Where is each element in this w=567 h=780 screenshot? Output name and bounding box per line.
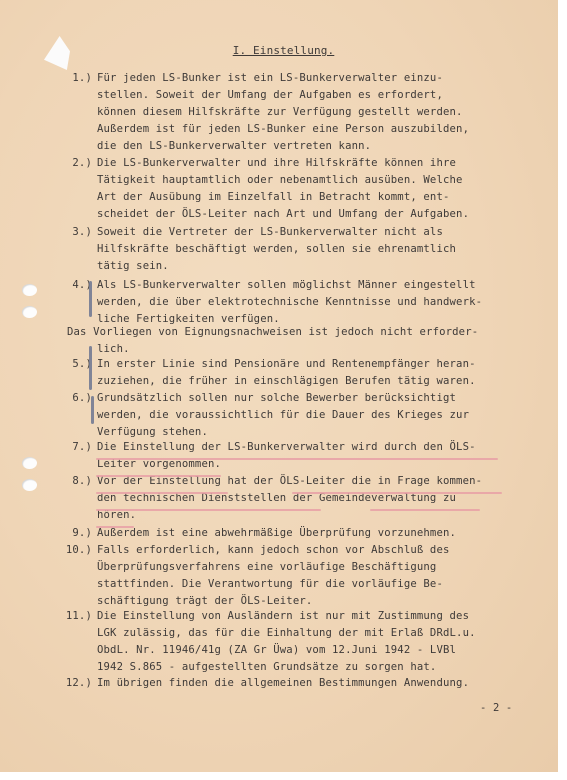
text-line: Im übrigen finden die allgemeinen Bestim… [97,677,469,689]
item-number: 6.) [52,392,92,404]
item-number: 11.) [52,610,92,622]
highlight-underline [96,492,228,494]
punch-hole [22,457,37,469]
punch-hole [22,306,37,318]
item-number: 3.) [52,226,92,238]
text-line: werden, die voraussichtlich für die Daue… [97,409,469,421]
text-line: die den LS-Bunkerverwalter vertreten kan… [97,140,371,152]
text-line: In erster Linie sind Pensionäre und Rent… [97,358,476,370]
text-line: Art der Ausübung im Einzelfall in Betrac… [97,191,450,203]
text-line: scheidet der ÖLS-Leiter nach Art und Umf… [97,208,469,220]
punch-hole [22,284,37,296]
item-number: 10.) [52,544,92,556]
text-line: werden, die über elektrotechnische Kennt… [97,296,482,308]
highlight-underline [96,458,498,460]
text-line: Überprüfungsverfahrens eine vorläufige B… [97,561,436,573]
text-line: schäftigung trägt der ÖLS-Leiter. [97,595,312,607]
text-line: können diesem Hilfskräfte zur Verfügung … [97,106,463,118]
text-line: ObdL. Nr. 11946/41g (ZA Gr Üwa) vom 12.J… [97,644,456,656]
section-title: I. Einstellung. [0,44,567,57]
highlight-underline [370,509,480,511]
item-number: 5.) [52,358,92,370]
item-number: 4.) [52,279,92,291]
text-line: stellen. Soweit der Umfang der Aufgaben … [97,89,443,101]
text-line: Die LS-Bunkerverwalter und ihre Hilfskrä… [97,157,456,169]
text-line: Falls erforderlich, kann jedoch schon vo… [97,544,450,556]
document-page: I. Einstellung. 1.)Für jeden LS-Bunker i… [0,0,558,772]
highlight-underline [96,526,134,528]
pencil-margin-mark [89,346,92,390]
highlight-underline [96,509,321,511]
text-line: Die Einstellung von Ausländern ist nur m… [97,610,469,622]
text-line: Außerdem ist eine abwehrmäßige Überprüfu… [97,527,456,539]
text-line: stattfinden. Die Verantwortung für die v… [97,578,443,590]
item-number: 9.) [52,527,92,539]
item-number: 1.) [52,72,92,84]
highlight-underline [96,475,221,477]
item-number: 8.) [52,475,92,487]
text-line: lich. [97,343,130,355]
text-line: LGK zulässig, das für die Einhaltung der… [97,627,476,639]
item-number: 7.) [52,441,92,453]
text-line: Verfügung stehen. [97,426,208,438]
text-line: tätig sein. [97,260,169,272]
item-number: 12.) [52,677,92,689]
item-number: 2.) [52,157,92,169]
text-line: liche Fertigkeiten verfügen. [97,313,280,325]
pencil-margin-mark [89,281,92,317]
text-line: Die Einstellung der LS-Bunkerverwalter w… [97,441,476,453]
highlight-underline [292,492,502,494]
text-line: Grundsätzlich sollen nur solche Bewerber… [97,392,456,404]
text-line: Außerdem ist für jeden LS-Bunker eine Pe… [97,123,469,135]
text-line: Als LS-Bunkerverwalter sollen möglichst … [97,279,476,291]
text-line: Soweit die Vertreter der LS-Bunkerverwal… [97,226,443,238]
text-line: 1942 S.865 - aufgestellten Grundsätze zu… [97,661,436,673]
pencil-margin-mark [91,396,94,424]
text-line: Tätigkeit hauptamtlich oder nebenamtlich… [97,174,463,186]
text-line: Das Vorliegen von Eignungsnachweisen ist… [67,326,478,338]
text-line: Für jeden LS-Bunker ist ein LS-Bunkerver… [97,72,443,84]
punch-hole [22,479,37,491]
text-line: zuziehen, die früher in einschlägigen Be… [97,375,476,387]
page-number: - 2 - [480,702,512,714]
text-line: Hilfskräfte beschäftigt werden, sollen s… [97,243,456,255]
